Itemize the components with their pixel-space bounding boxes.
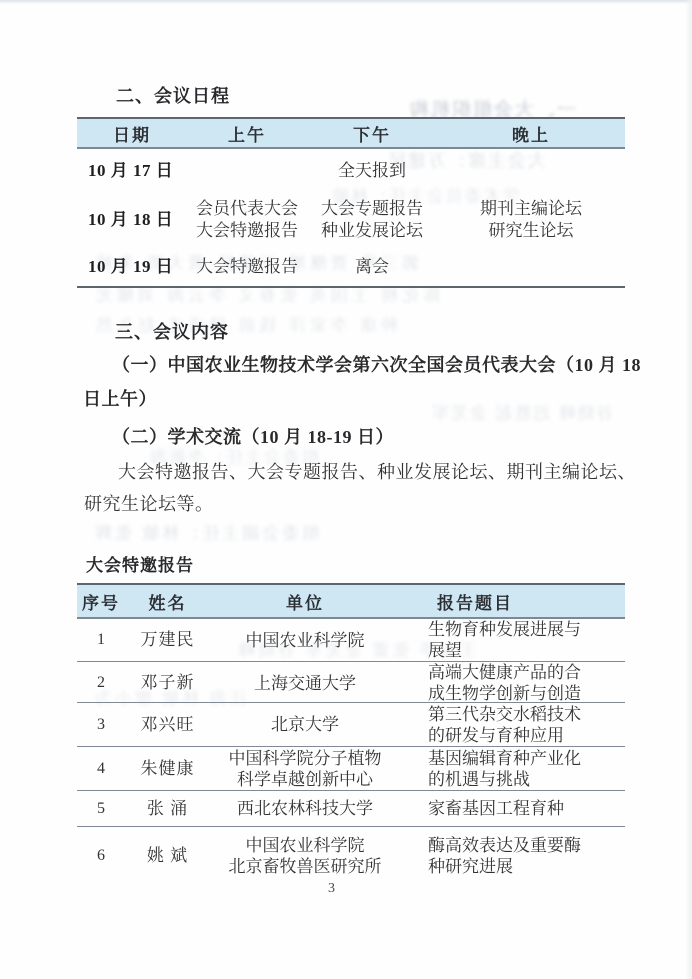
cell-title: 酶高效表达及重要酶 种研究进展: [400, 827, 625, 885]
cell-date: 10 月 18 日: [77, 192, 187, 248]
speaker-row: 6 姚 斌 中国农业科学院 北京畜牧兽医研究所 酶高效表达及重要酶 种研究进展: [77, 827, 625, 885]
content-item1-line1: （一）中国农业生物技术学会第六次全国会员代表大会（10 月 18: [112, 351, 641, 377]
invited-talks-heading: 大会特邀报告: [86, 551, 194, 576]
schedule-row: 10 月 18 日 会员代表大会 大会特邀报告 大会专题报告 种业发展论坛 期刊…: [77, 192, 625, 248]
cell-title: 家畜基因工程育种: [400, 791, 625, 826]
cell-morning: 会员代表大会 大会特邀报告: [187, 192, 307, 248]
speakers-table-header-row: 序号 姓名 单位 报告题目: [77, 583, 625, 619]
scanned-document-page: 一、大会组织机构 大会主席：万建民 学术委员会主任：林敏 郭三堆 贾继增 万建民…: [0, 0, 692, 979]
cell-title: 高端大健康产品的合 成生物学创新与创造: [400, 662, 625, 704]
cell-afternoon: 全天报到: [307, 149, 437, 192]
content-paragraph-line2: 研究生论坛等。: [84, 490, 214, 516]
column-header-unit: 单位: [210, 585, 400, 617]
column-header-afternoon: 下午: [307, 119, 437, 147]
cell-date: 10 月 19 日: [77, 248, 187, 286]
cell-number: 5: [77, 791, 125, 826]
section-heading-schedule: 二、会议日程: [116, 82, 230, 108]
cell-unit: 上海交通大学: [210, 662, 400, 704]
cell-evening: [437, 248, 625, 286]
cell-morning: [187, 149, 307, 192]
cell-name: 姚 斌: [125, 827, 210, 885]
column-header-title: 报告题目: [400, 585, 625, 617]
page-number: 3: [328, 881, 335, 897]
cell-evening: 期刊主编论坛 研究生论坛: [437, 192, 625, 248]
cell-number: 2: [77, 662, 125, 704]
cell-morning: 大会特邀报告: [187, 248, 307, 286]
cell-number: 1: [77, 619, 125, 661]
speaker-row: 4 朱健康 中国科学院分子植物 科学卓越创新中心 基因编辑育种产业化 的机遇与挑…: [77, 747, 625, 791]
cell-name: 邓兴旺: [125, 703, 210, 746]
column-header-evening: 晚上: [437, 119, 625, 147]
cell-number: 6: [77, 827, 125, 885]
cell-unit: 中国农业科学院 北京畜牧兽医研究所: [210, 827, 400, 885]
bleedthrough-artifact: 谷晓峰 迟胜起 金芜军: [430, 399, 614, 424]
cell-date: 10 月 17 日: [77, 149, 187, 192]
schedule-table: 日期 上午 下午 晚上 10 月 17 日 全天报到 10 月 18 日 会员代…: [77, 117, 625, 288]
cell-afternoon: 离会: [307, 248, 437, 286]
cell-title: 第三代杂交水稻技术 的研发与育种应用: [400, 703, 625, 746]
schedule-row: 10 月 19 日 大会特邀报告 离会: [77, 248, 625, 288]
cell-evening: [437, 149, 625, 192]
content-paragraph-line1: 大会特邀报告、大会专题报告、种业发展论坛、期刊主编论坛、: [118, 458, 636, 484]
cell-title: 生物育种发展进展与 展望: [400, 619, 625, 661]
schedule-row: 10 月 17 日 全天报到: [77, 149, 625, 192]
column-header-number: 序号: [77, 585, 125, 617]
cell-unit: 北京大学: [210, 703, 400, 746]
speaker-row: 2 邓子新 上海交通大学 高端大健康产品的合 成生物学创新与创造: [77, 662, 625, 703]
speaker-row: 5 张 涌 西北农林科技大学 家畜基因工程育种: [77, 791, 625, 827]
cell-name: 朱健康: [125, 747, 210, 790]
content-item1-line2: 日上午）: [83, 385, 157, 411]
cell-unit: 中国科学院分子植物 科学卓越创新中心: [210, 747, 400, 790]
speaker-row: 1 万建民 中国农业科学院 生物育种发展进展与 展望: [77, 619, 625, 662]
section-heading-content: 三、会议内容: [115, 318, 229, 344]
cell-unit: 西北农林科技大学: [210, 791, 400, 826]
cell-number: 4: [77, 747, 125, 790]
column-header-morning: 上午: [187, 119, 307, 147]
bleedthrough-artifact: 组委会副主任：林敏 张辉: [92, 519, 319, 544]
column-header-name: 姓名: [125, 585, 210, 617]
cell-name: 邓子新: [125, 662, 210, 704]
schedule-table-header-row: 日期 上午 下午 晚上: [77, 117, 625, 149]
cell-number: 3: [77, 703, 125, 746]
cell-name: 万建民: [125, 619, 210, 661]
cell-name: 张 涌: [125, 791, 210, 826]
column-header-date: 日期: [77, 119, 187, 147]
cell-unit: 中国农业科学院: [210, 619, 400, 661]
speaker-row: 3 邓兴旺 北京大学 第三代杂交水稻技术 的研发与育种应用: [77, 703, 625, 747]
content-item2: （二）学术交流（10 月 18-19 日）: [112, 423, 394, 449]
speakers-table: 序号 姓名 单位 报告题目 1 万建民 中国农业科学院 生物育种发展进展与 展望…: [77, 583, 625, 885]
cell-title: 基因编辑育种产业化 的机遇与挑战: [400, 747, 625, 790]
cell-afternoon: 大会专题报告 种业发展论坛: [307, 192, 437, 248]
